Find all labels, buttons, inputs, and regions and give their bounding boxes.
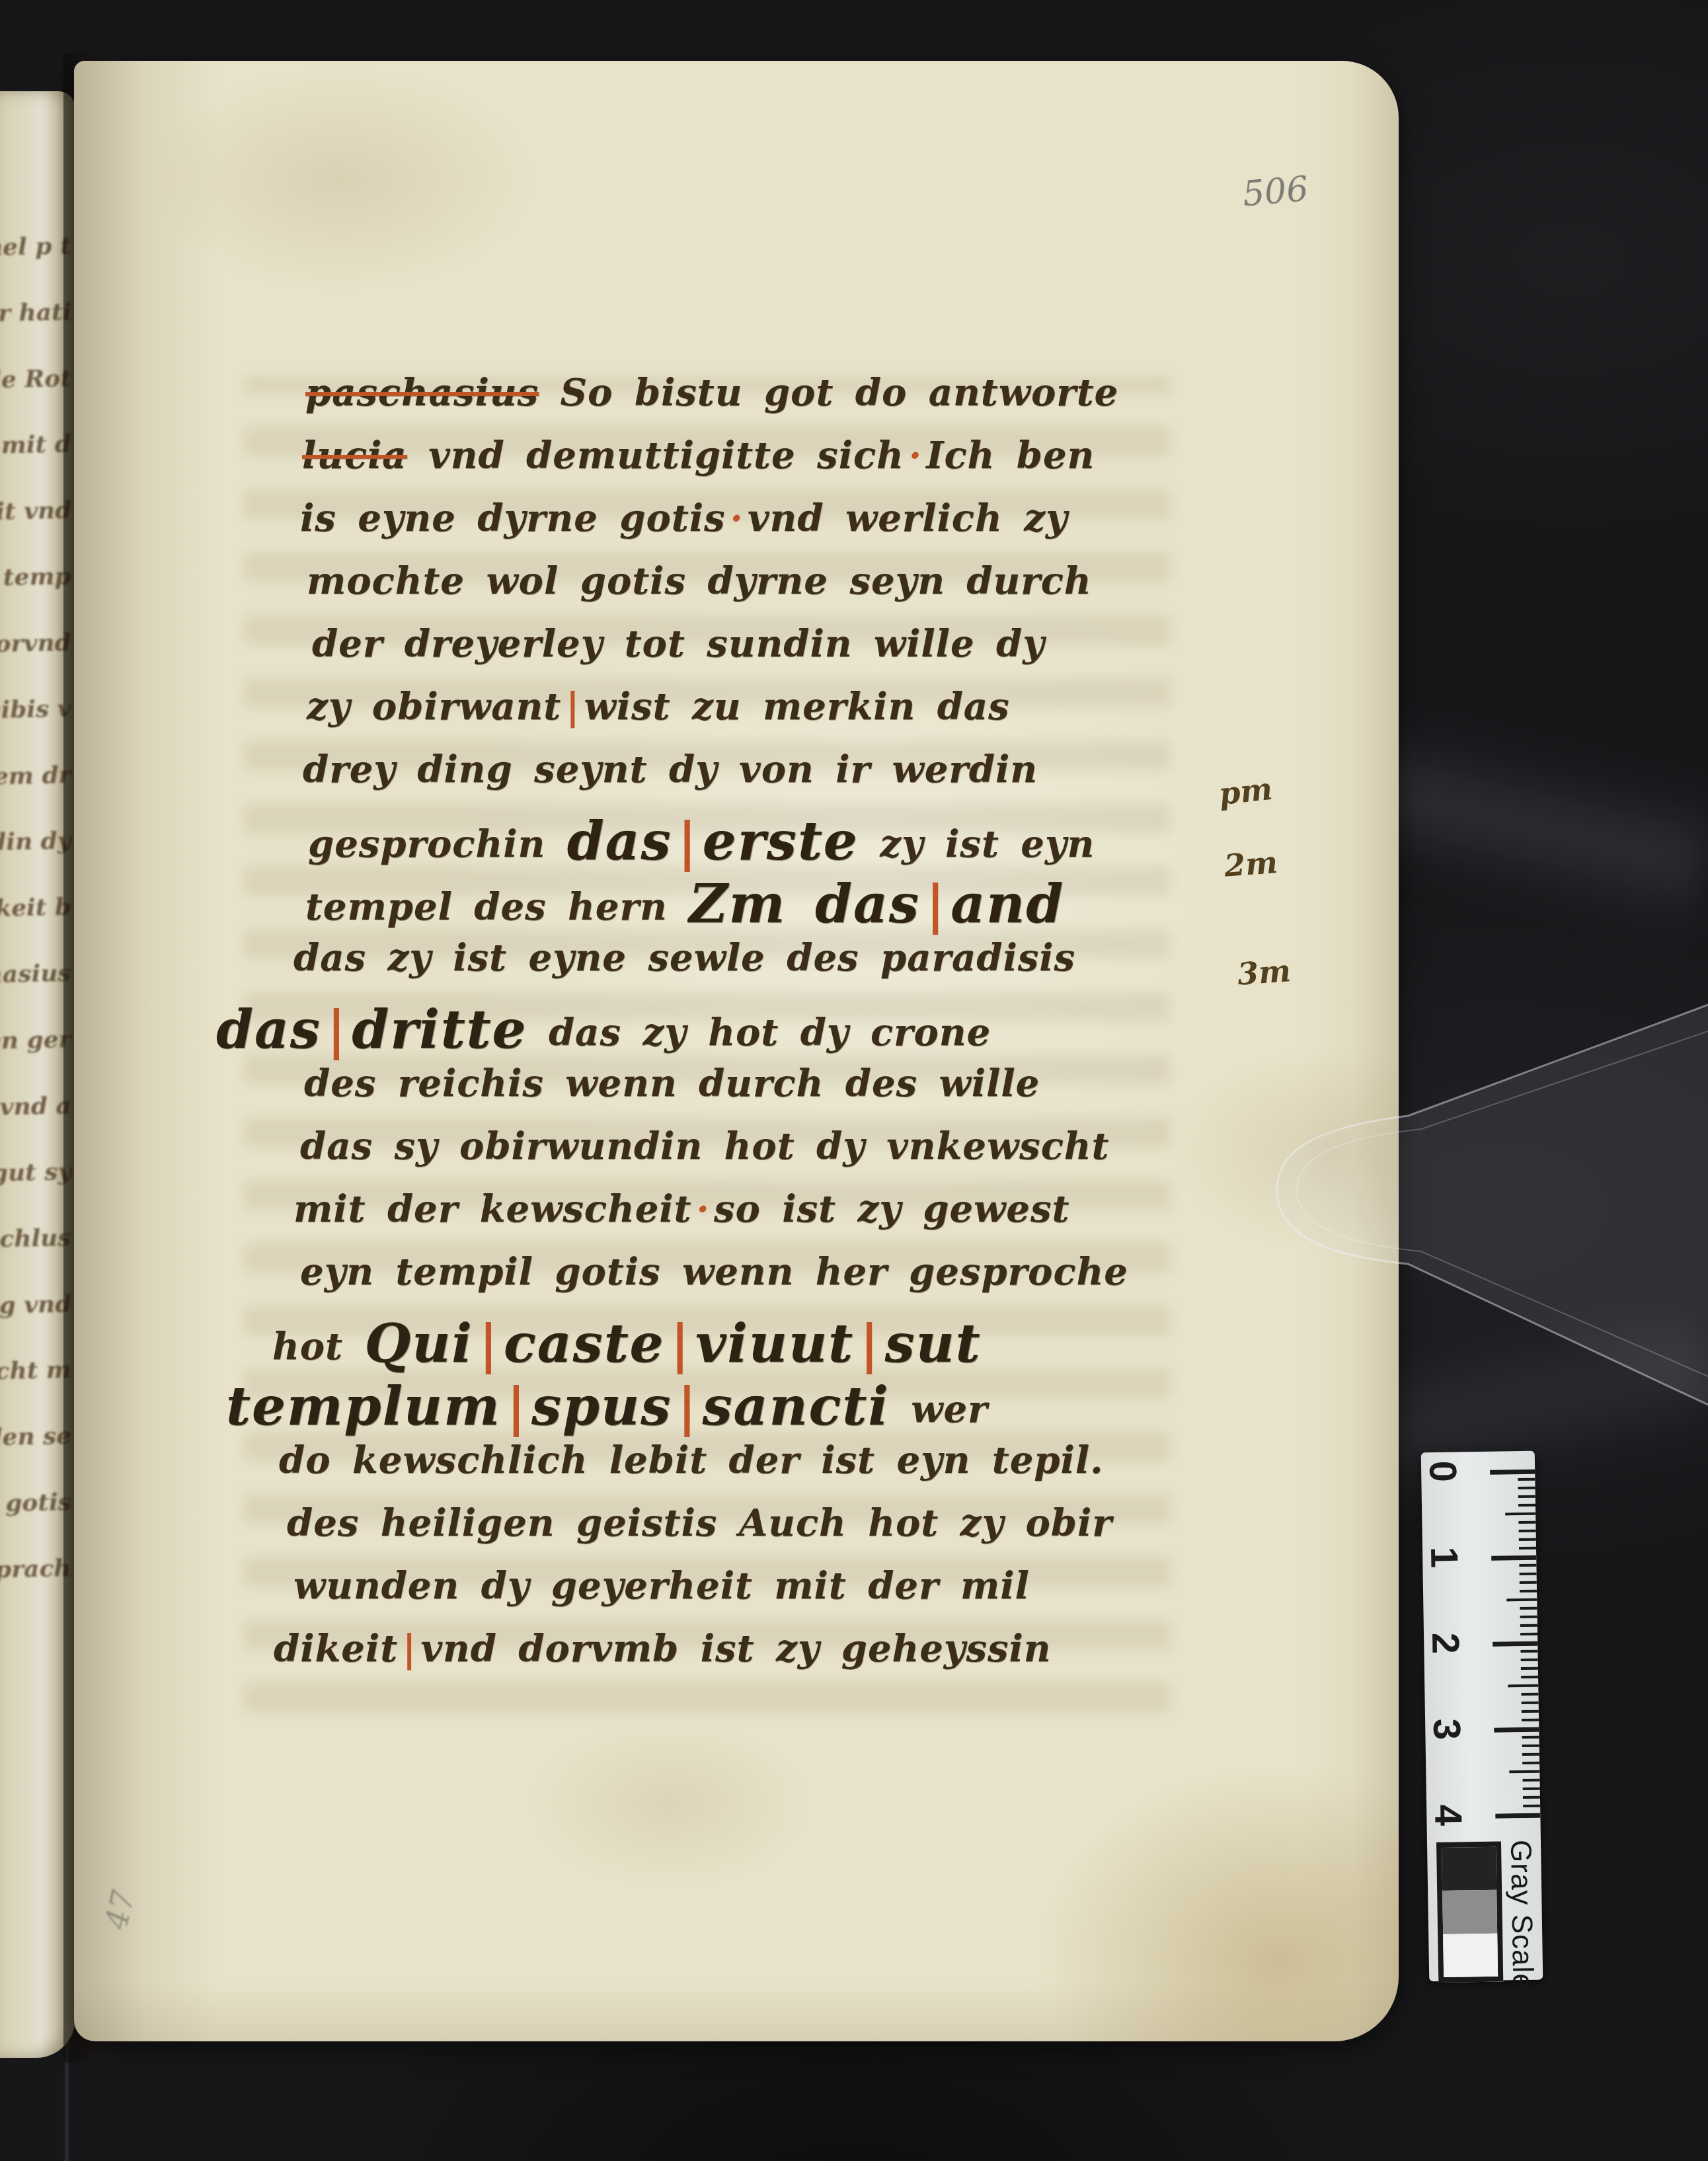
text-segment: viuut <box>695 1312 854 1374</box>
ruler-mm-tick <box>1522 1736 1539 1739</box>
ruler-major-tick <box>1490 1470 1535 1475</box>
ghost-text-fragment: mole Rot <box>0 364 71 395</box>
text-segment: | <box>398 1627 420 1670</box>
text-segment: hot <box>272 1325 364 1368</box>
text-segment: das sy obirwundin hot dy vnkewscht <box>300 1124 1109 1168</box>
ghost-text-fragment: lichkeit vnd <box>0 496 71 528</box>
text-segment: · <box>904 434 927 477</box>
text-segment: dritte <box>352 998 527 1060</box>
ruler-mm-tick <box>1519 1530 1536 1532</box>
text-line: der dreyerley tot sundin wille dy <box>312 621 1045 684</box>
ruler-major-tick <box>1494 1727 1539 1733</box>
text-segment: and <box>951 873 1064 935</box>
text-segment: so ist zy gewest <box>714 1187 1069 1231</box>
text-block: paschasius So bistu got do antwortelucia… <box>218 370 1210 1712</box>
text-segment: Zm das <box>689 873 920 935</box>
text-segment: | <box>321 1000 352 1060</box>
text-segment: · <box>726 496 748 540</box>
text-segment: das <box>216 998 321 1060</box>
ruler-mm-tick <box>1518 1521 1535 1524</box>
text-segment: wist zu merkin das <box>584 685 1010 728</box>
text-segment: vnd demuttigitte sich <box>407 434 904 477</box>
text-segment: | <box>501 1377 531 1437</box>
ruler-number: 4 <box>1429 1794 1471 1836</box>
ghost-text-fragment: n den ger <box>0 1025 71 1056</box>
ruler-mm-tick <box>1520 1607 1537 1610</box>
ghost-text-fragment: em worvnd <box>0 629 71 660</box>
text-segment: So bistu got do antworte <box>539 371 1118 414</box>
text-segment: | <box>672 1377 702 1437</box>
ghost-text-fragment: on gut sy <box>0 1158 71 1188</box>
gray-scale-patch <box>1442 1890 1497 1934</box>
text-segment: | <box>854 1314 884 1374</box>
text-line: das sy obirwundin hot dy vnkewscht <box>300 1124 1109 1187</box>
text-line: is eyne dyrne gotis·vnd werlich zy <box>300 496 1067 559</box>
text-segment: vnd dorvmb ist zy geheyssin <box>420 1627 1051 1670</box>
text-segment: dikeit <box>274 1627 398 1670</box>
text-segment: | <box>920 875 951 935</box>
ghost-text-fragment: sicheit mit d <box>0 430 71 461</box>
text-segment: des heiligen geistis Auch hot zy obir <box>287 1501 1112 1545</box>
text-line: des reichis wenn durch des wille <box>304 1061 1040 1124</box>
text-line: das zy ist eyne sewle des paradisis <box>293 935 1075 998</box>
ruler-mm-tick <box>1522 1702 1539 1704</box>
text-segment: spus <box>531 1375 672 1437</box>
gray-scale-patches <box>1436 1842 1503 1983</box>
text-line: des heiligen geistis Auch hot zy obir <box>287 1501 1112 1563</box>
text-segment: templum <box>226 1375 501 1437</box>
text-segment: do kewschlich lebit der ist eyn tepil. <box>279 1438 1104 1482</box>
text-segment: | <box>665 1314 695 1374</box>
ruler-number: 2 <box>1426 1622 1468 1664</box>
text-segment: zy ist eyn <box>859 822 1095 866</box>
text-segment: is eyne dyrne gotis <box>300 496 726 540</box>
ghost-text-fragment: y mocht m <box>0 1356 71 1386</box>
ghost-text-fragment: erwondin dy <box>0 826 71 857</box>
text-segment: mit der kewscheit <box>293 1187 691 1231</box>
ruler-major-tick <box>1491 1555 1536 1561</box>
ruler-half-tick <box>1506 1598 1537 1602</box>
ruler-major-tick <box>1493 1641 1537 1647</box>
text-line: eyn tempil gotis wenn her gesproche <box>300 1249 1128 1312</box>
marginal-note-tertium: 3m <box>1236 953 1292 992</box>
ruler-mm-tick <box>1520 1573 1537 1575</box>
ghost-text-fragment: Symmel p t <box>0 232 71 263</box>
text-segment: drey ding seynt dy von ir werdin <box>303 748 1038 791</box>
ghost-text-fragment: perschlus <box>0 1224 71 1254</box>
ruler-mm-tick <box>1521 1659 1538 1661</box>
text-line: gesprochin das|erste zy ist eyn <box>308 810 1095 873</box>
text-line: hot Qui|caste|viuut|sut <box>272 1312 982 1375</box>
ruler-mm-tick <box>1518 1504 1535 1507</box>
gray-scale-ruler: Gray Scale 01234 <box>1421 1451 1543 1982</box>
text-segment: tempel des hern <box>305 885 689 929</box>
ruler-mm-tick <box>1523 1805 1540 1807</box>
text-segment: vnd werlich zy <box>748 496 1067 540</box>
ruler-mm-tick <box>1523 1779 1540 1782</box>
text-segment: mochte wol gotis dyrne seyn durch <box>307 559 1092 603</box>
text-line: tempel des hern Zm das|and <box>305 873 1064 935</box>
text-segment: sut <box>884 1312 981 1374</box>
text-segment: · <box>691 1187 714 1231</box>
ghost-text-fragment: do sprach <box>0 1554 71 1585</box>
ruler-major-tick <box>1495 1813 1540 1819</box>
text-line: drey ding seynt dy von ir werdin <box>303 747 1038 810</box>
ruler-mm-tick <box>1518 1487 1535 1489</box>
ghost-text-fragment: paschasius <box>0 959 71 990</box>
text-segment: zy obirwant <box>307 685 561 728</box>
ruler-number: 0 <box>1424 1450 1465 1492</box>
ghost-text-fragment: des leibis v <box>0 695 71 726</box>
ruler-mm-tick <box>1523 1796 1540 1799</box>
text-segment: paschasius <box>305 371 539 414</box>
ruler-half-tick <box>1508 1684 1538 1688</box>
text-line: wunden dy geyerheit mit der mil <box>293 1563 1030 1626</box>
text-line: mochte wol gotis dyrne seyn durch <box>307 559 1092 621</box>
marginal-note-secundum: 2m <box>1223 844 1278 883</box>
ruler-mm-tick <box>1523 1788 1540 1790</box>
text-segment: Ich ben <box>926 434 1095 477</box>
ghost-text-fragment: arn der hati <box>0 297 71 329</box>
ruler-mm-tick <box>1522 1753 1539 1756</box>
text-segment: der dreyerley tot sundin wille dy <box>312 622 1045 666</box>
ruler-mm-tick <box>1520 1633 1537 1635</box>
ruler-mm-tick <box>1519 1538 1536 1541</box>
text-segment: eyn tempil gotis wenn her gesproche <box>300 1250 1128 1294</box>
ruler-half-tick <box>1505 1513 1535 1516</box>
ghost-text-fragment: muttikeit b <box>0 893 71 924</box>
text-segment: wer <box>890 1388 988 1431</box>
text-line: paschasius So bistu got do antworte <box>305 370 1118 433</box>
ruler-mm-tick <box>1520 1624 1537 1627</box>
ruler-mm-tick <box>1520 1616 1537 1618</box>
ghost-text-fragment: wort gotis <box>0 1488 71 1518</box>
manuscript-photo: Symmel p tarn der hatimole Rotsicheit mi… <box>0 0 1708 2161</box>
ruler-mm-tick <box>1519 1564 1536 1567</box>
ruler-mm-tick <box>1521 1693 1538 1696</box>
text-segment: | <box>561 685 584 728</box>
text-segment: caste <box>504 1312 664 1374</box>
ruler-half-tick <box>1509 1770 1539 1774</box>
ruler-mm-tick <box>1521 1676 1538 1678</box>
text-line: templum|spus|sancti wer <box>226 1375 988 1438</box>
ruler-mm-tick <box>1520 1650 1537 1653</box>
ruler-mm-tick <box>1522 1762 1539 1764</box>
text-segment: das <box>567 810 672 872</box>
text-line: lucia vnd demuttigitte sich·Ich ben <box>302 433 1095 496</box>
text-segment: das zy ist eyne sewle des paradisis <box>293 936 1075 980</box>
text-segment: wunden dy geyerheit mit der mil <box>293 1564 1030 1608</box>
text-segment: erste <box>703 810 859 872</box>
gray-scale-patch <box>1443 1933 1498 1977</box>
folio-number-pencil: 506 <box>1241 169 1310 214</box>
ruler-number: 3 <box>1428 1708 1469 1750</box>
ghost-text-fragment: en vnd a <box>0 1091 71 1122</box>
corner-number-pencil: 47 <box>98 1887 141 1932</box>
ruler-mm-tick <box>1521 1667 1538 1670</box>
text-line: do kewschlich lebit der ist eyn tepil. <box>279 1438 1104 1501</box>
ghost-text-fragment: est eyn temp <box>0 562 71 593</box>
ruler-mm-tick <box>1522 1719 1539 1721</box>
text-segment: | <box>672 812 702 872</box>
marginal-note-primum: pm <box>1217 771 1274 812</box>
ghost-text-fragment: aug vnd <box>0 1290 71 1319</box>
text-segment: gesprochin <box>308 822 567 866</box>
text-segment: das zy hot dy crone <box>527 1011 991 1054</box>
text-line: zy obirwant|wist zu merkin das <box>307 684 1010 747</box>
ruler-mm-tick <box>1522 1710 1539 1713</box>
ghost-text-fragment: u dem dr <box>0 761 71 791</box>
text-segment: sancti <box>703 1375 890 1437</box>
ghost-text-fragment: t zu den se <box>0 1422 71 1453</box>
ruler-mm-tick <box>1522 1745 1539 1747</box>
manuscript-page: 506 47 paschasius So bistu got do antwor… <box>74 61 1399 2041</box>
gray-scale-patch <box>1442 1847 1496 1891</box>
ruler-number: 1 <box>1425 1536 1467 1578</box>
ruler-mm-tick <box>1518 1478 1535 1481</box>
text-segment: lucia <box>302 434 407 477</box>
text-segment: Qui <box>364 1312 473 1374</box>
text-line: dikeit|vnd dorvmb ist zy geheyssin <box>274 1626 1051 1689</box>
text-segment: | <box>473 1314 504 1374</box>
ruler-mm-tick <box>1519 1547 1536 1550</box>
ruler-mm-tick <box>1520 1581 1537 1584</box>
text-line: das|dritte das zy hot dy crone <box>216 998 991 1061</box>
text-segment: des reichis wenn durch des wille <box>304 1062 1040 1105</box>
gray-scale-label: Gray Scale <box>1504 1840 1539 1990</box>
ruler-mm-tick <box>1518 1495 1535 1498</box>
text-line: mit der kewscheit·so ist zy gewest <box>293 1187 1069 1249</box>
ruler-mm-tick <box>1520 1590 1537 1592</box>
